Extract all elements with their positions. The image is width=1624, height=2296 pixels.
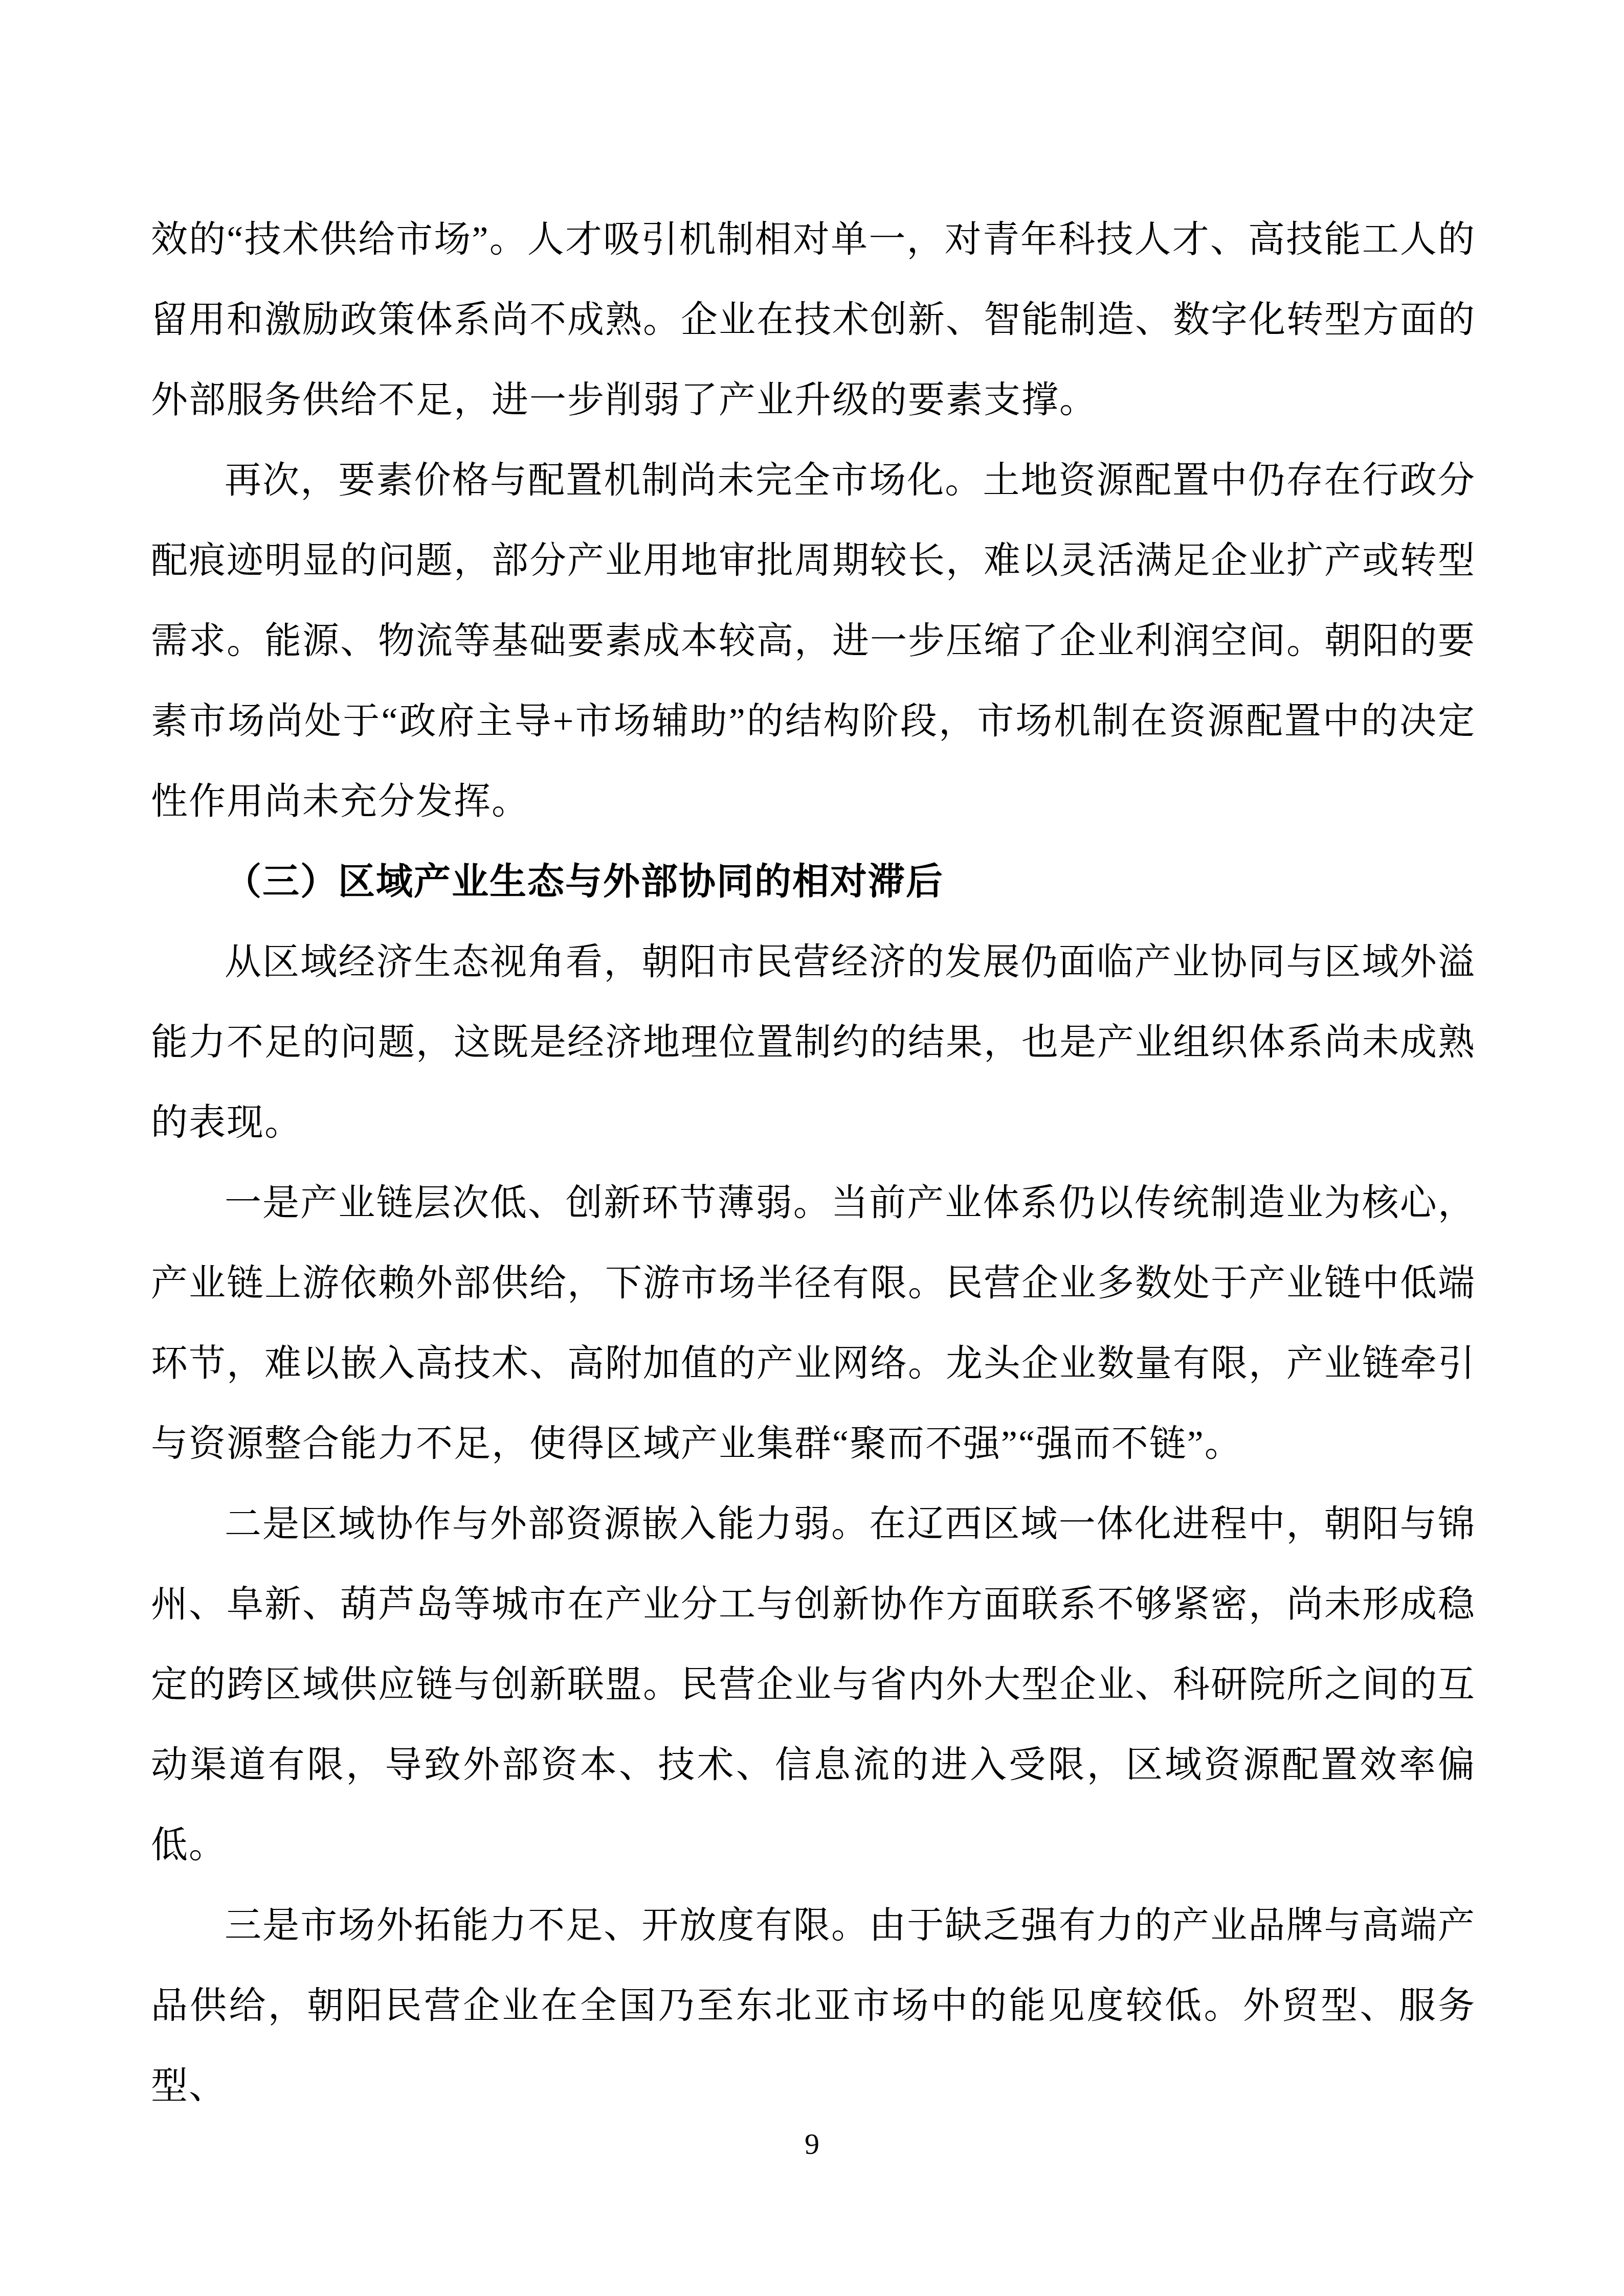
paragraph-continuation: 效的“技术供给市场”。人才吸引机制相对单一，对青年科技人才、高技能工人的留用和激… xyxy=(151,199,1476,440)
paragraph: 再次，要素价格与配置机制尚未完全市场化。土地资源配置中仍存在行政分配痕迹明显的问… xyxy=(151,440,1476,842)
paragraph: 一是产业链层次低、创新环节薄弱。当前产业体系仍以传统制造业为核心，产业链上游依赖… xyxy=(151,1163,1476,1484)
paragraph: 二是区域协作与外部资源嵌入能力弱。在辽西区域一体化进程中，朝阳与锦州、阜新、葫芦… xyxy=(151,1484,1476,1885)
paragraph: 从区域经济生态视角看，朝阳市民营经济的发展仍面临产业协同与区域外溢能力不足的问题… xyxy=(151,922,1476,1163)
paragraph: 三是市场外拓能力不足、开放度有限。由于缺乏强有力的产业品牌与高端产品供给，朝阳民… xyxy=(151,1885,1476,2126)
section-heading: （三）区域产业生态与外部协同的相对滞后 xyxy=(151,842,1476,922)
document-body: 效的“技术供给市场”。人才吸引机制相对单一，对青年科技人才、高技能工人的留用和激… xyxy=(151,199,1476,2126)
page-number: 9 xyxy=(0,2122,1624,2166)
document-page: 效的“技术供给市场”。人才吸引机制相对单一，对青年科技人才、高技能工人的留用和激… xyxy=(0,0,1624,2296)
